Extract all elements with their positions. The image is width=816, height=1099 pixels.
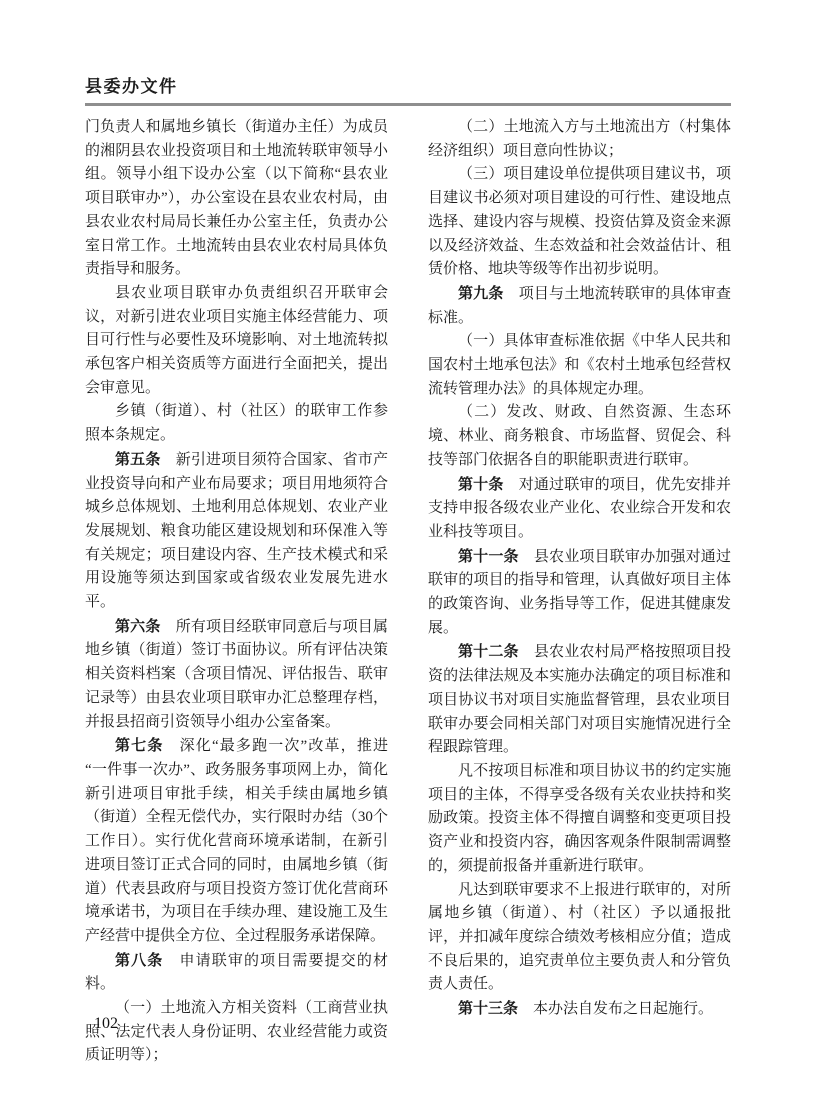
paragraph: 第十一条 县农业项目联审办加强对通过联审的项目的指导和管理，认真做好项目主体的政…	[428, 545, 731, 641]
column-left: 门负责人和属地乡镇长（街道办主任）为成员的湘阴县农业投资项目和土地流转联审领导小…	[85, 116, 388, 1068]
article-number: 第九条	[458, 285, 504, 302]
paragraph: （三）项目建设单位提供项目建议书，项目建议书必须对项目建设的可行性、建设地点选择…	[428, 163, 731, 282]
paragraph: 第十三条 本办法自发布之日起施行。	[428, 997, 731, 1022]
document-page: 县委办文件 门负责人和属地乡镇长（街道办主任）为成员的湘阴县农业投资项目和土地流…	[0, 0, 816, 1099]
paragraph: 第六条 所有项目经联审同意后与项目属地乡镇（街道）签订书面协议。所有评估决策相关…	[85, 615, 388, 735]
article-number: 第七条	[115, 737, 163, 754]
page-header-title: 县委办文件	[85, 72, 731, 97]
page-number: 102	[94, 1015, 118, 1033]
paragraph: 第八条 申请联审的项目需要提交的材料。	[85, 949, 388, 997]
paragraph: 乡镇（街道）、村（社区）的联审工作参照本条规定。	[85, 400, 388, 447]
paragraph: （二）发改、财政、自然资源、生态环境、林业、商务粮食、市场监督、贸促会、科技等部…	[428, 401, 731, 472]
paragraph: 第九条 项目与土地流转联审的具体审查标准。	[428, 282, 731, 330]
article-number: 第十二条	[458, 643, 519, 660]
article-number: 第十三条	[458, 1000, 518, 1017]
article-number: 第八条	[115, 952, 163, 969]
column-right: （二）土地流入方与土地流出方（村集体经济组织）项目意向性协议；（三）项目建设单位…	[428, 116, 731, 1068]
paragraph: 第十条 对通过联审的项目，优先安排并支持申报各级农业产业化、农业综合开发和农业科…	[428, 473, 731, 545]
paragraph: 第五条 新引进项目须符合国家、省市产业投资导向和产业布局要求；项目用地须符合城乡…	[85, 448, 388, 615]
paragraph: 第七条 深化“最多跑一次”改革，推进“一件事一次办”、政务服务事项网上办，简化新…	[85, 734, 388, 948]
paragraph: （一）土地流入方相关资料（工商营业执照、法定代表人身份证明、农业经营能力或资质证…	[85, 997, 388, 1068]
header-divider	[85, 103, 731, 106]
article-number: 第六条	[115, 618, 161, 635]
page-header: 县委办文件	[85, 72, 731, 106]
paragraph: 凡达到联审要求不上报进行联审的，对所属地乡镇（街道）、村（社区）予以通报批评，并…	[428, 879, 731, 998]
article-number: 第十一条	[458, 548, 519, 565]
paragraph: 凡不按项目标准和项目协议书的约定实施项目的主体，不得享受各级有关农业扶持和奖励政…	[428, 760, 731, 879]
article-number: 第十条	[458, 476, 504, 493]
article-number: 第五条	[115, 451, 161, 468]
paragraph: （二）土地流入方与土地流出方（村集体经济组织）项目意向性协议；	[428, 116, 731, 163]
paragraph: 门负责人和属地乡镇长（街道办主任）为成员的湘阴县农业投资项目和土地流转联审领导小…	[85, 116, 388, 282]
paragraph: 第十二条 县农业农村局严格按照项目投资的法律法规及本实施办法确定的项目标准和项目…	[428, 640, 731, 760]
paragraph: （一）具体审查标准依据《中华人民共和国农村土地承包法》和《农村土地承包经营权流转…	[428, 330, 731, 401]
document-body: 门负责人和属地乡镇长（街道办主任）为成员的湘阴县农业投资项目和土地流转联审领导小…	[85, 116, 731, 1068]
paragraph: 县农业项目联审办负责组织召开联审会议，对新引进农业项目实施主体经营能力、项目可行…	[85, 282, 388, 401]
